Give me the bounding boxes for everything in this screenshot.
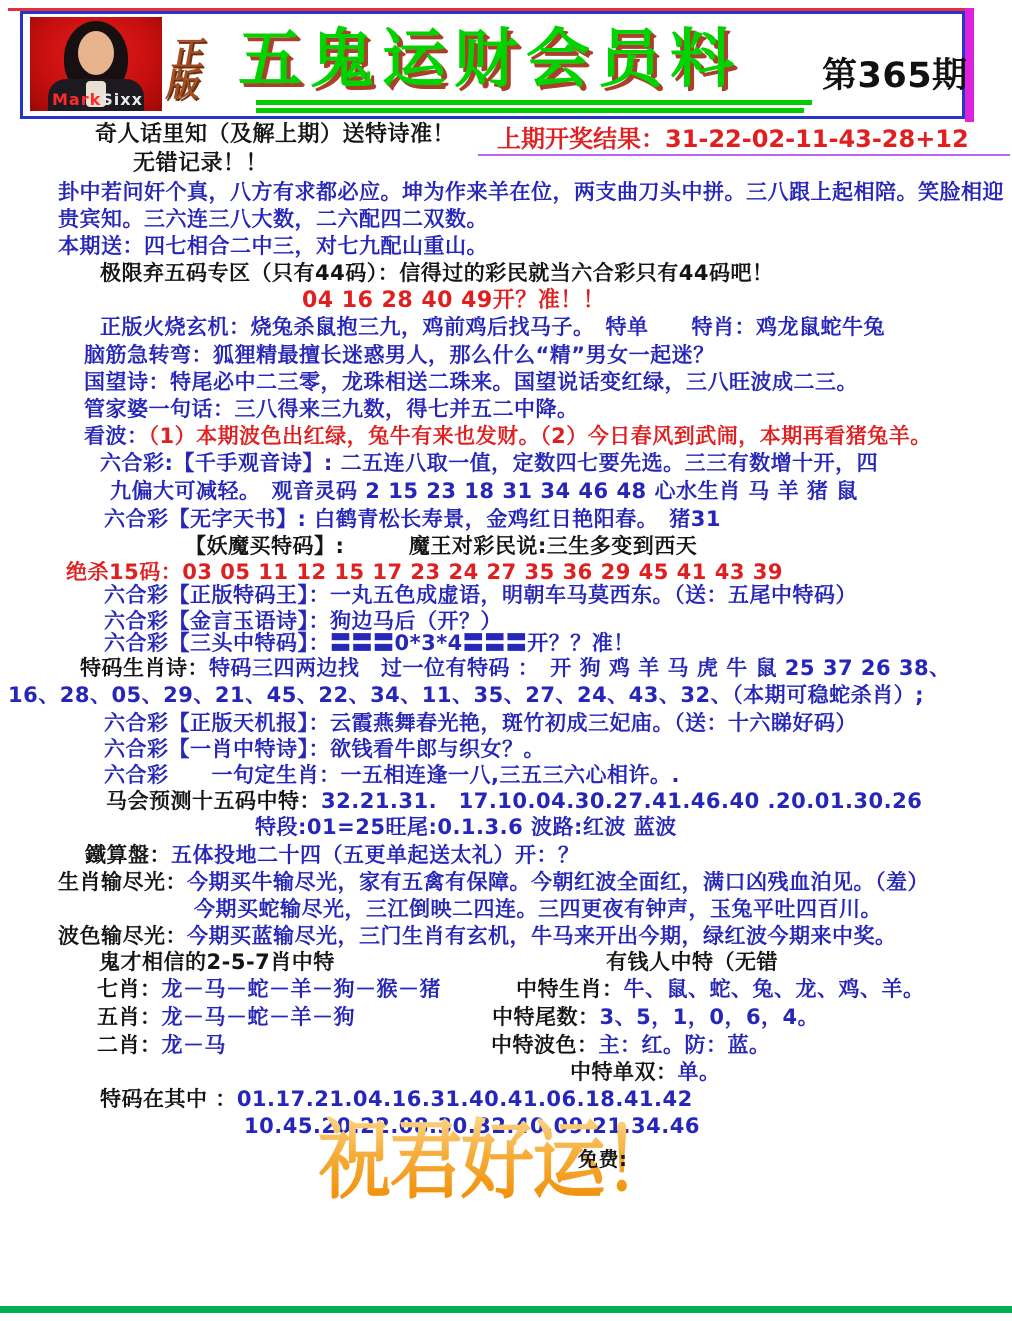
row-zt-bose: 中特波色：主：红。防：蓝。 — [491, 1033, 771, 1057]
wuxiao-label: 五肖： — [97, 1005, 162, 1029]
row-wuxiao: 五肖：龙－马－蛇－羊－狗 — [97, 1005, 355, 1029]
tip-naojin: 脑筋急转弯：狐狸精最擅长迷惑男人，那么什么“精”男女一起迷？ — [84, 343, 715, 367]
qixiao-value: 龙－马－蛇－羊－狗－猴－猪 — [162, 977, 442, 1001]
zt-bose-value: 主：红。防：蓝。 — [599, 1033, 771, 1057]
zt-shengxiao-label: 中特生肖： — [516, 977, 624, 1001]
tip-yixiao: 六合彩【一肖中特诗】：欲钱看牛郎与织女？。 — [104, 737, 545, 761]
flyer-page: MarkSixx 正版 五鬼运财会员料 第365期 奇人话里知（及解上期）送特诗… — [0, 0, 1012, 1321]
shujin1-text: 今期买牛输尽光，家有五禽有保障。今朝红波全面红，满口凶残血泊见。（羞） — [187, 870, 929, 894]
zt-shengxiao-value: 牛、鼠、蛇、兔、龙、鸡、羊。 — [624, 977, 925, 1001]
tip-juesha-15: 绝杀15码：03 05 11 12 15 17 23 24 27 35 36 2… — [66, 560, 783, 584]
bottom-green-strip — [0, 1306, 1012, 1313]
tip-guowang: 国望诗：特尾必中二三零，龙珠相送二珠来。国望说话变红绿，三八旺波成二三。 — [84, 370, 858, 394]
tip-qianshou-2: 九偏大可减轻。 观音灵码 2 15 23 18 31 34 46 48 心水生肖… — [110, 479, 858, 503]
tip-shengxiaoshi-2: 16、28、05、29、21、45、22、34、11、35、27、24、43、3… — [8, 683, 924, 707]
erxiao-value: 龙－马 — [162, 1033, 227, 1057]
issue-number: 第365期 — [822, 56, 968, 96]
tip-youqian: 有钱人中特（无错 — [606, 950, 778, 974]
tip-shujin-1: 生肖输尽光：今期买牛输尽光，家有五禽有保障。今朝红波全面红，满口凶残血泊见。（羞… — [58, 870, 929, 894]
zt-bose-label: 中特波色： — [491, 1033, 599, 1057]
tip-teduan: 特段:01=25旺尾:0.1.3.6 波路:红波 蓝波 — [255, 815, 677, 839]
last-draw-result: 上期开奖结果：31-22-02-11-43-28+12 — [497, 126, 969, 154]
poem-line-1: 卦中若问奸个真，八方有求都必应。坤为作来羊在位，两支曲刀头中拼。三八跟上起相陪。… — [58, 180, 1004, 204]
tiesuan-label: 鐵算盤： — [85, 843, 171, 867]
free-label: 免费: — [578, 1148, 628, 1171]
masthead-photo: MarkSixx — [30, 17, 162, 111]
shengxiaoshi-text: 特码三四两边找 过一位有特码 ： 开 狗 鸡 羊 马 虎 牛 鼠 25 37 2… — [209, 656, 951, 680]
tip-tianji: 六合彩【正版天机报】：云霞燕舞春光艳，斑竹初成三妃庙。（送：十六睇好码） — [104, 711, 857, 735]
tip-kanbo: 看波：（1）本期波色出红绿，兔牛有来也发财。（2）今日春风到武闹，本期再看猪兔羊… — [84, 424, 932, 448]
row-zt-shengxiao: 中特生肖：牛、鼠、蛇、兔、龙、鸡、羊。 — [516, 977, 925, 1001]
row-erxiao: 二肖：龙－马 — [97, 1033, 226, 1057]
qixiao-label: 七肖： — [97, 977, 162, 1001]
tip-bose: 波色输尽光：今期买蓝输尽光，三门生肖有玄机，牛马来开出今期，绿红波今期来中奖。 — [58, 924, 897, 948]
result-underline — [478, 154, 1010, 156]
tip-jinyan: 六合彩【金言玉语诗】：狗边马后（开？） — [104, 609, 502, 633]
tip-guicai: 鬼才相信的2-5-7肖中特 — [99, 950, 335, 974]
erxiao-label: 二肖： — [97, 1033, 162, 1057]
tip-guanjiapo: 管家婆一句话：三八得来三九数，得七并五二中降。 — [84, 397, 579, 421]
poem-line-3: 本期送：四七相合二中三，对七九配山重山。 — [58, 234, 488, 258]
wuxiao-value: 龙－马－蛇－羊－狗 — [162, 1005, 356, 1029]
watermark-white: Sixx — [101, 90, 143, 109]
tip-qianshou-1: 六合彩:【千手观音诗】: 二五连八取一值，定数四七要先选。三三有数增十开，四 — [100, 451, 878, 475]
kanbo-label: 看波： — [84, 424, 149, 448]
tema-label: 特码在其中 ： — [100, 1087, 237, 1111]
tema-numbers-1: 01.17.21.04.16.31.40.41.06.18.41.42 — [237, 1087, 693, 1111]
title-underline-1 — [256, 100, 812, 105]
mahui-numbers: 32.21.31. 17.10.04.30.27.41.46.40 .20.01… — [321, 789, 922, 813]
tip-mahui: 马会预测十五码中特：32.21.31. 17.10.04.30.27.41.46… — [106, 789, 922, 813]
row-tema: 特码在其中 ：01.17.21.04.16.31.40.41.06.18.41.… — [100, 1087, 693, 1111]
row-qixiao: 七肖：龙－马－蛇－羊－狗－猴－猪 — [97, 977, 441, 1001]
tip-santou: 六合彩【三头中特码】：〓〓〓0*3*4〓〓〓开？？准！ — [104, 631, 635, 655]
watermark-red: Mark — [52, 90, 101, 109]
tip-yiju: 六合彩 一句定生肖：一五相连逢一八,三五三六心相许。. — [104, 763, 680, 787]
limit44-numbers: 04 16 28 40 49开？准！！ — [302, 288, 605, 313]
bose-label: 波色输尽光： — [58, 924, 187, 948]
photo-face — [78, 31, 114, 75]
tip-shujin-2: 今期买蛇输尽光，三江倒映二四连。三四更夜有钟声，玉兔平吐四百川。 — [194, 897, 882, 921]
zt-danshuang-label: 中特单双： — [570, 1060, 678, 1084]
photo-watermark: MarkSixx — [52, 90, 143, 109]
tip-huoshao: 正版火烧玄机：烧兔杀鼠抱三九，鸡前鸡后找马子。 特单 特肖：鸡龙鼠蛇牛兔 — [100, 315, 885, 339]
shujin1-label: 生肖输尽光： — [58, 870, 187, 894]
tip-tekewang: 六合彩【正版特码王】：一丸五色成虚语，明朝车马莫西东。（送：五尾中特码） — [104, 583, 857, 607]
intro-line-2: 无错记录！！ — [133, 151, 268, 176]
limit44-text: 极限弃五码专区（只有44码）：信得过的彩民就当六合彩只有44码吧！ — [100, 261, 773, 285]
zt-weishu-label: 中特尾数： — [492, 1005, 600, 1029]
zt-weishu-value: 3、5，1，0，6，4。 — [600, 1005, 820, 1029]
shengxiaoshi-label: 特码生肖诗： — [80, 656, 209, 680]
intro-line-1: 奇人话里知（及解上期）送特诗准！ — [95, 122, 455, 147]
page-title: 五鬼运财会员料 — [238, 24, 742, 98]
tiesuan-text: 五体投地二十四（五更单起送太礼）开：？ — [171, 843, 580, 867]
title-underline-2 — [256, 108, 804, 113]
last-draw-numbers: 31-22-02-11-43-28+12 — [665, 125, 969, 153]
kanbo-text: （1）本期波色出红绿，兔牛有来也发财。（2）今日春风到武闹，本期再看猪兔羊。 — [149, 424, 932, 448]
last-draw-label: 上期开奖结果： — [497, 125, 665, 153]
zt-danshuang-value: 单。 — [678, 1060, 721, 1084]
bose-text: 今期买蓝输尽光，三门生肖有玄机，牛马来开出今期，绿红波今期来中奖。 — [187, 924, 897, 948]
tip-yaomo: 【妖魔买特码】: 魔王对彩民说:三生多变到西天 — [185, 534, 697, 558]
tip-tiesuan: 鐵算盤：五体投地二十四（五更单起送太礼）开：？ — [85, 843, 580, 867]
poem-line-2: 贵宾知。三六连三八大数，二六配四二双数。 — [58, 207, 488, 231]
mahui-label: 马会预测十五码中特： — [106, 789, 321, 813]
row-zt-danshuang: 中特单双：单。 — [570, 1060, 721, 1084]
tip-shengxiaoshi: 特码生肖诗：特码三四两边找 过一位有特码 ： 开 狗 鸡 羊 马 虎 牛 鼠 2… — [80, 656, 951, 680]
row-zt-weishu: 中特尾数：3、5，1，0，6，4。 — [492, 1005, 819, 1029]
tip-wuzi: 六合彩【无字天书】: 白鹤青松长寿景，金鸡红日艳阳春。 猪31 — [104, 507, 721, 531]
